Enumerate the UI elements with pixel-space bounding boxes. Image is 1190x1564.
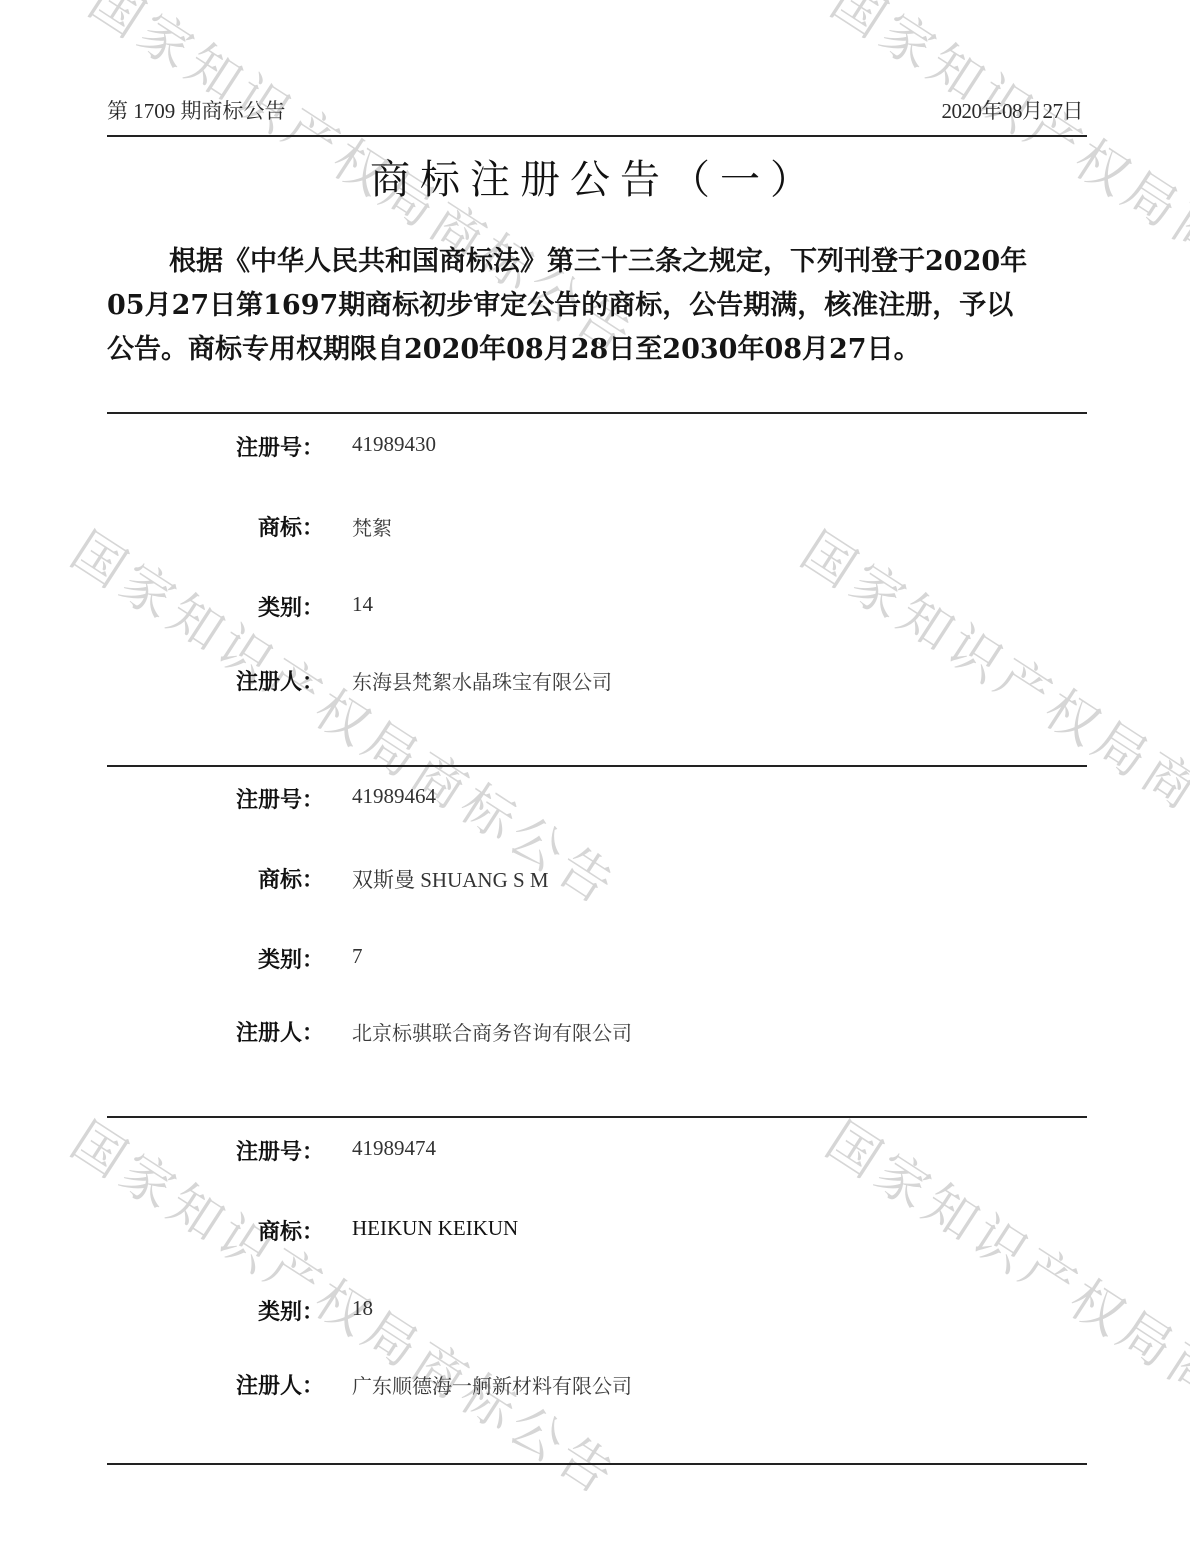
section-divider	[107, 412, 1087, 414]
class-value: 14	[352, 592, 373, 617]
page-title: 商标注册公告（一）	[0, 148, 1190, 205]
record-divider	[107, 1116, 1087, 1118]
watermark: 国家知识产权局商标公告	[59, 510, 635, 920]
header-divider	[107, 135, 1087, 137]
class-label: 类别：	[258, 1295, 324, 1326]
publication-date: 2020年08月27日	[942, 95, 1084, 125]
registrant-value: 广东顺德海一舸新材料有限公司	[352, 1370, 632, 1399]
mark-label: 商标：	[258, 511, 324, 542]
mark-row: 商标： HEIKUN KEIKUN	[0, 1215, 1190, 1245]
reg-no-label: 注册号：	[236, 1135, 324, 1166]
registrant-value: 东海县梵絮水晶珠宝有限公司	[352, 666, 612, 695]
registrant-label: 注册人：	[236, 1369, 324, 1400]
reg-no-row: 注册号： 41989430	[0, 431, 1190, 461]
registrant-label: 注册人：	[236, 1016, 324, 1047]
class-label: 类别：	[258, 943, 324, 974]
class-value: 18	[352, 1296, 373, 1321]
mark-row: 商标： 梵絮	[0, 511, 1190, 541]
reg-no-value: 41989474	[352, 1136, 436, 1161]
mark-row: 商标： 双斯曼 SHUANG S M	[0, 863, 1190, 893]
intro-line: 05月27日第1697期商标初步审定公告的商标，公告期满，核准注册，予以	[107, 284, 1087, 328]
class-row: 类别： 7	[0, 943, 1190, 973]
reg-no-row: 注册号： 41989474	[0, 1135, 1190, 1165]
mark-label: 商标：	[258, 1215, 324, 1246]
record-divider	[107, 765, 1087, 767]
mark-value: HEIKUN KEIKUN	[352, 1216, 518, 1241]
reg-no-row: 注册号： 41989464	[0, 783, 1190, 813]
class-row: 类别： 18	[0, 1295, 1190, 1325]
issue-number: 第 1709 期商标公告	[107, 95, 286, 125]
registrant-value: 北京标骐联合商务咨询有限公司	[352, 1017, 632, 1046]
mark-label: 商标：	[258, 863, 324, 894]
reg-no-value: 41989464	[352, 784, 436, 809]
class-row: 类别： 14	[0, 591, 1190, 621]
reg-no-label: 注册号：	[236, 783, 324, 814]
intro-line: 公告。商标专用权期限自2020年08月28日至2030年08月27日。	[107, 328, 1087, 372]
reg-no-value: 41989430	[352, 432, 436, 457]
registrant-row: 注册人： 北京标骐联合商务咨询有限公司	[0, 1016, 1190, 1046]
gazette-page: 国家知识产权局商标公告 国家知识产权局商标公告 国家知识产权局商标公告 国家知识…	[0, 0, 1190, 1564]
class-label: 类别：	[258, 591, 324, 622]
record-divider	[107, 1463, 1087, 1465]
intro-line: 根据《中华人民共和国商标法》第三十三条之规定，下列刊登于2020年	[107, 240, 1087, 284]
watermark: 国家知识产权局商标公告	[789, 510, 1190, 920]
registrant-label: 注册人：	[236, 665, 324, 696]
mark-value: 梵絮	[352, 512, 392, 541]
mark-value: 双斯曼 SHUANG S M	[352, 864, 549, 894]
reg-no-label: 注册号：	[236, 431, 324, 462]
registrant-row: 注册人： 广东顺德海一舸新材料有限公司	[0, 1369, 1190, 1399]
class-value: 7	[352, 944, 363, 969]
intro-paragraph: 根据《中华人民共和国商标法》第三十三条之规定，下列刊登于2020年 05月27日…	[107, 240, 1087, 372]
registrant-row: 注册人： 东海县梵絮水晶珠宝有限公司	[0, 665, 1190, 695]
